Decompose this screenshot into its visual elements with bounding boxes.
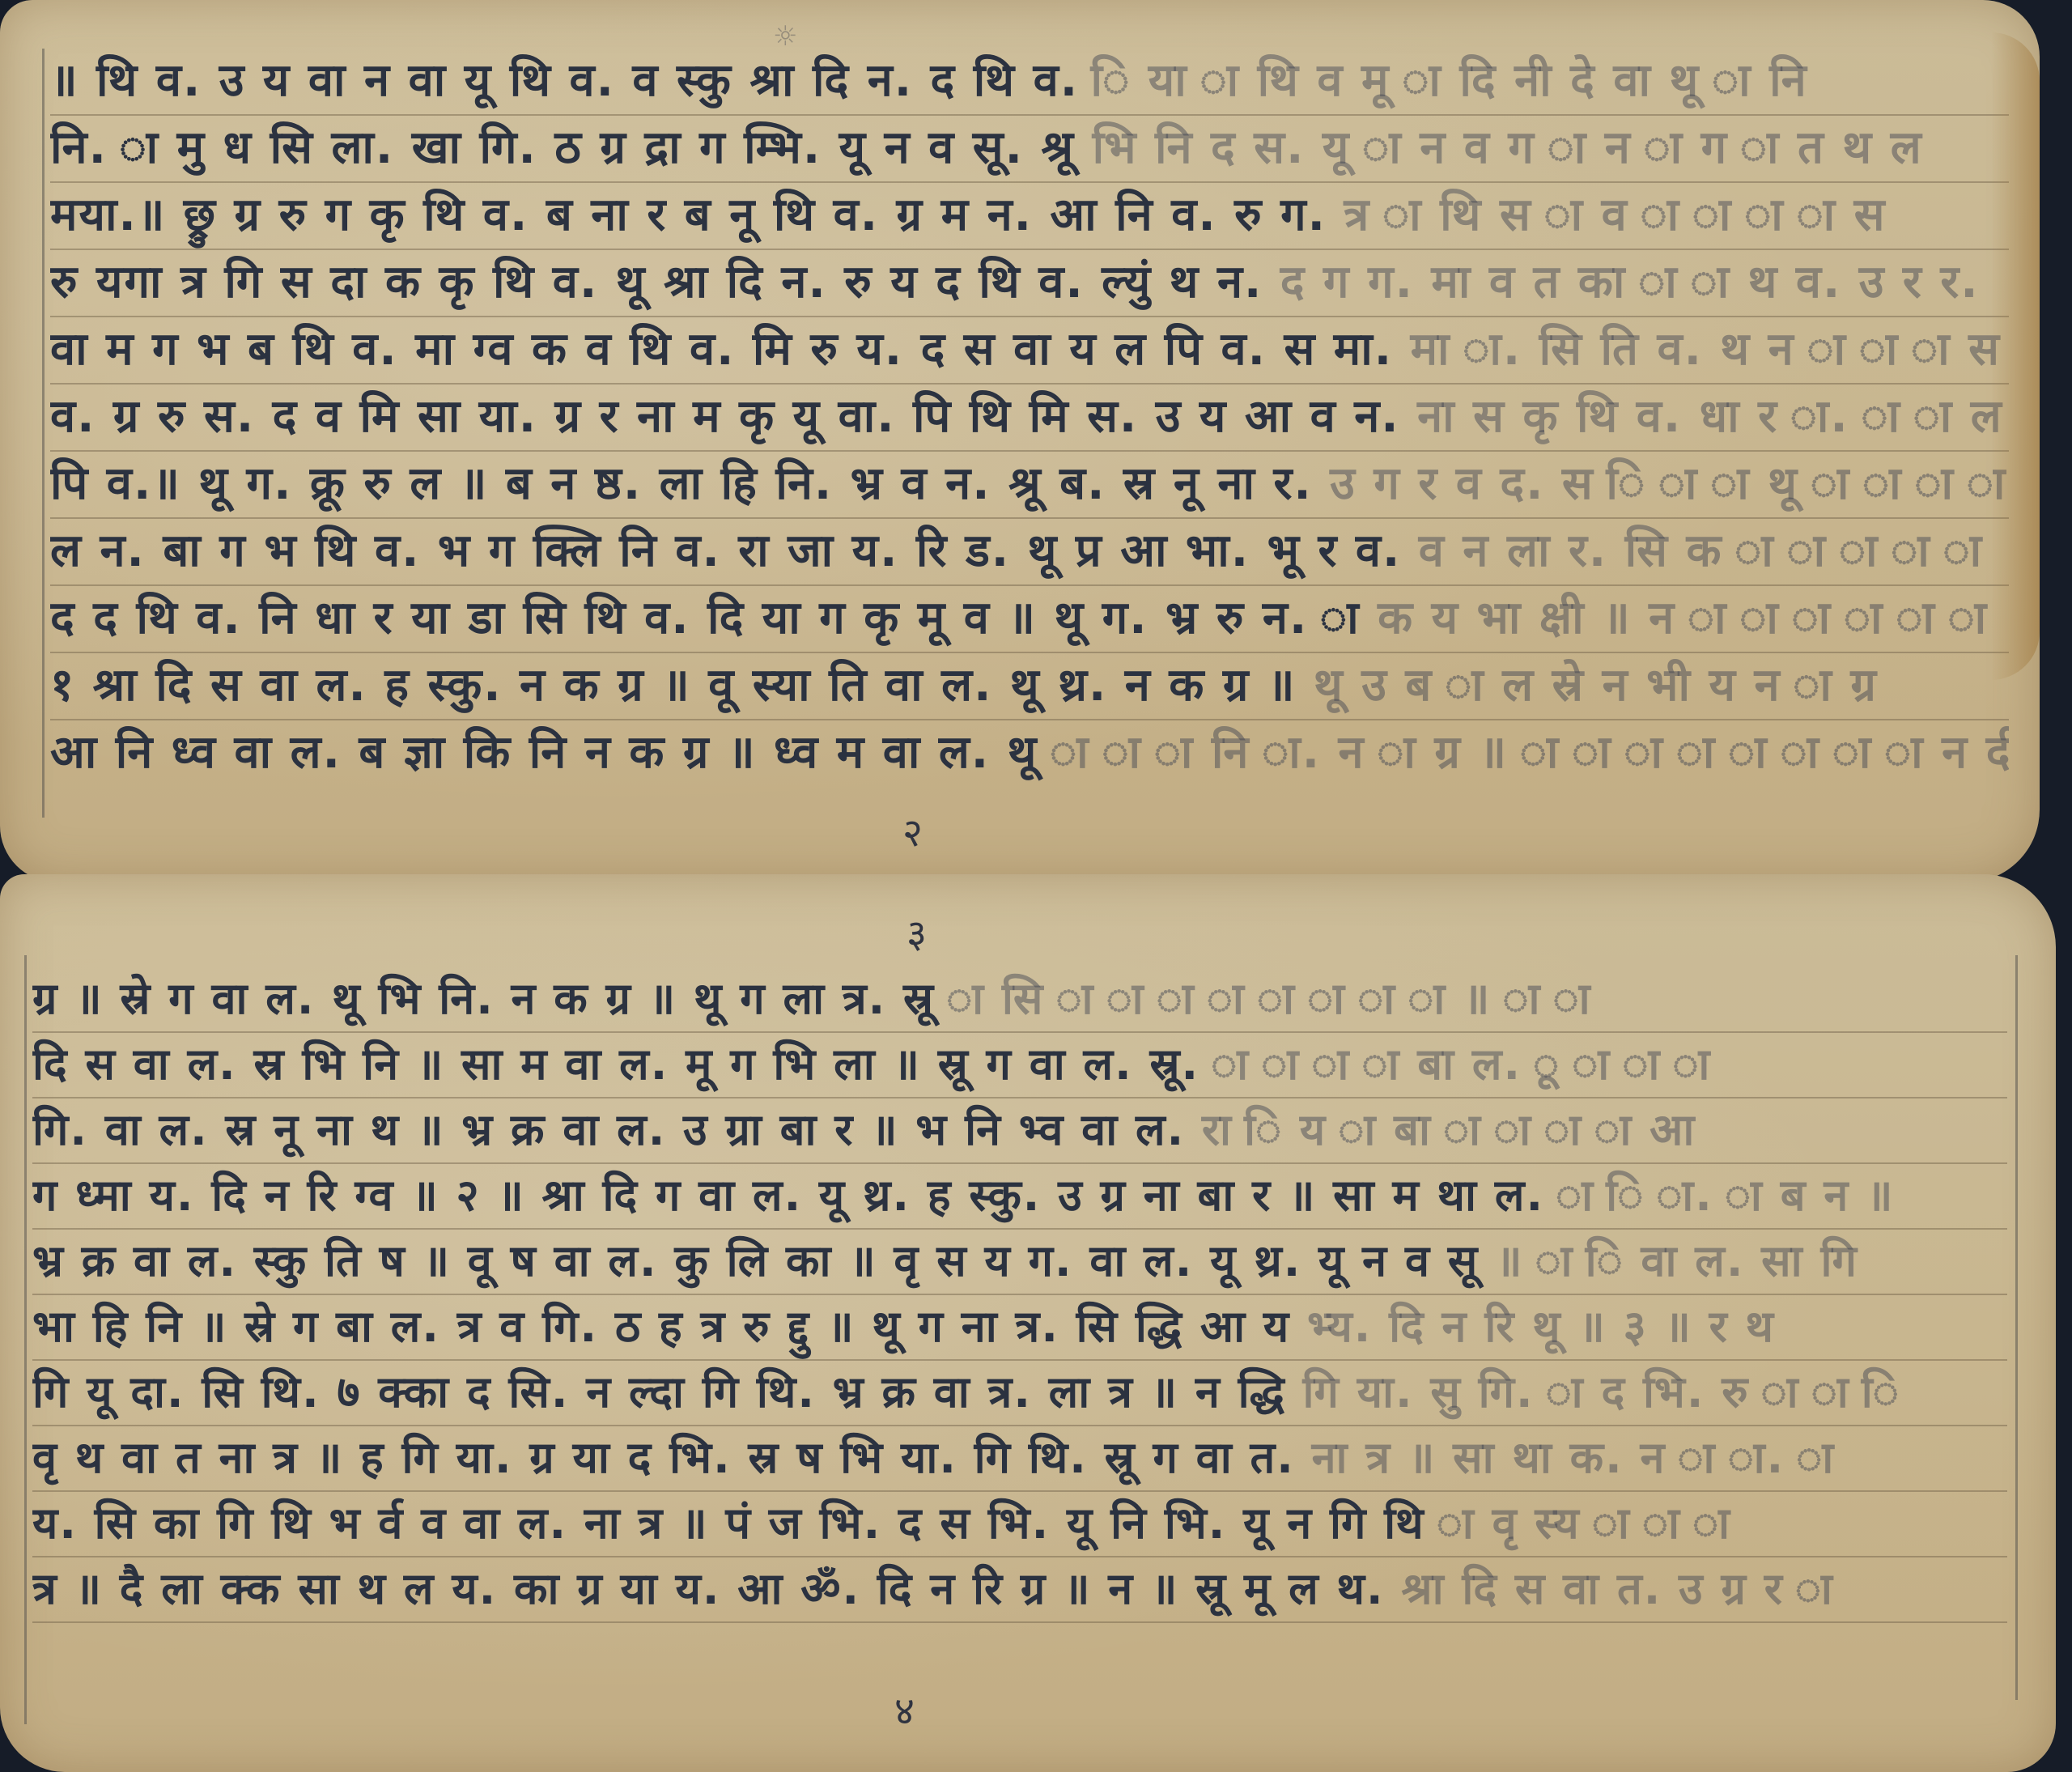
manuscript-line: मया.॥ छ्रु ग्र रु ग कृ थि व. ब ना र ब नू… bbox=[50, 183, 2009, 250]
page-number: ३ bbox=[906, 907, 927, 959]
manuscript-line: य. सि का गि थि भ र्व व वा ल. ना त्र ॥ पं… bbox=[32, 1492, 2007, 1557]
manuscript-line: ॥ थि व. उ य वा न वा यू थि व. व स्कु श्रा… bbox=[50, 49, 2009, 116]
manuscript-line: पि व.॥ थू ग. क्रू रु ल ॥ ब न ष्ठ. ला हि … bbox=[50, 452, 2009, 519]
folio-top-text: ॥ थि व. उ य वा न वा यू थि व. व स्कु श्रा… bbox=[50, 49, 2009, 788]
right-margin-rule bbox=[2015, 955, 2018, 1700]
page-number: २ bbox=[902, 805, 923, 858]
manuscript-line: भा हि नि ॥ स्रे ग बा ल. त्र व गि. ठ ह त्… bbox=[32, 1295, 2007, 1361]
manuscript-line: वृ थ वा त ना त्र ॥ ह गि या. ग्र या द भि.… bbox=[32, 1426, 2007, 1492]
manuscript-line: ल न. बा ग भ थि व. भ ग क्लि नि व. रा जा य… bbox=[50, 519, 2009, 586]
manuscript-line: १ श्रा दि स वा ल. ह स्कु. न क ग्र ॥ वू स… bbox=[50, 653, 2009, 720]
folio-bottom-text: ग्र ॥ स्रे ग वा ल. थू भि नि. न क ग्र ॥ थ… bbox=[32, 967, 2007, 1623]
manuscript-line: रु यगा त्र गि स दा क कृ थि व. थू श्रा दि… bbox=[50, 250, 2009, 317]
manuscript-line: व. ग्र रु स. द व मि सा या. ग्र र ना म कृ… bbox=[50, 385, 2009, 452]
manuscript-line: गि यू दा. सि थि. ७ क्का द सि. न ल्दा गि … bbox=[32, 1361, 2007, 1426]
manuscript-line: नि. ा मु ध सि ला. खा गि. ठ ग्र द्रा ग म्… bbox=[50, 116, 2009, 183]
folio-top-mark: ☼ bbox=[773, 20, 797, 53]
manuscript-line: गि. वा ल. स्र नू ना थ ॥ भ्र क्र वा ल. उ … bbox=[32, 1098, 2007, 1164]
page-number: ४ bbox=[894, 1684, 915, 1736]
manuscript-line: भ्र क्र वा ल. स्कु ति ष ॥ वू ष वा ल. कु … bbox=[32, 1230, 2007, 1295]
manuscript-line: त्र ॥ दै ला क्क सा थ ल य. का ग्र या य. आ… bbox=[32, 1557, 2007, 1623]
left-margin-rule bbox=[42, 49, 45, 818]
manuscript-folio-top: ☼ ॥ थि व. उ य वा न वा यू थि व. व स्कु श्… bbox=[0, 0, 2040, 882]
manuscript-line: दि स वा ल. स्र भि नि ॥ सा म वा ल. मू ग भ… bbox=[32, 1033, 2007, 1098]
manuscript-line: ग ध्मा य. दि न रि ग्व ॥ २ ॥ श्रा दि ग वा… bbox=[32, 1164, 2007, 1230]
manuscript-line: ग्र ॥ स्रे ग वा ल. थू भि नि. न क ग्र ॥ थ… bbox=[32, 967, 2007, 1033]
manuscript-folio-bottom: ३ ग्र ॥ स्रे ग वा ल. थू भि नि. न क ग्र ॥… bbox=[0, 874, 2056, 1772]
manuscript-line: द द थि व. नि धा र या डा सि थि व. दि या ग… bbox=[50, 586, 2009, 653]
manuscript-line: आ नि ध्व वा ल. ब ज्ञा कि नि न क ग्र ॥ ध्… bbox=[50, 720, 2009, 788]
left-margin-rule bbox=[24, 955, 27, 1724]
manuscript-line: वा म ग भ ब थि व. मा ग्व क व थि व. मि रु … bbox=[50, 317, 2009, 385]
